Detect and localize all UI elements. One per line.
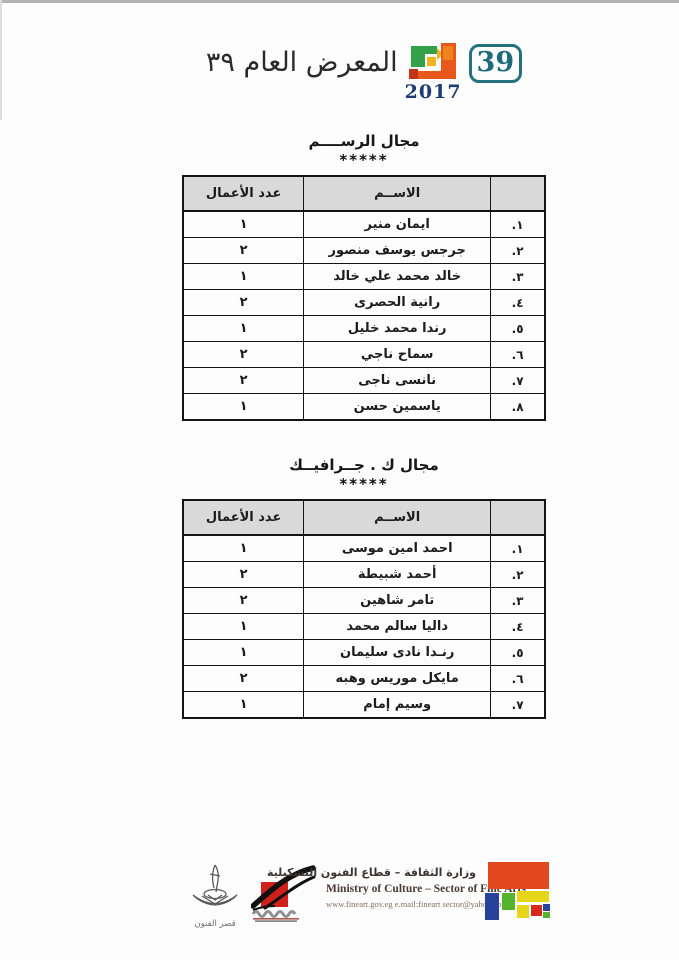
scanned-document: { "header": { "title": "المعرض العام ٣٩"… (0, 0, 679, 960)
works-count: ٢ (183, 368, 304, 394)
row-index: .١ (512, 218, 524, 232)
works-count: ٢ (183, 666, 304, 692)
row-index: .٧ (512, 698, 524, 712)
works-count: ١ (183, 614, 304, 640)
row-index: .٣ (512, 270, 524, 284)
row-index: .٥ (512, 322, 524, 336)
works-count: ١ (183, 264, 304, 290)
scan-edge-left (0, 0, 2, 120)
artist-name: نانسى ناجى (304, 368, 491, 394)
palace-of-arts-icon (188, 862, 242, 918)
table-row: .٣خالد محمد علي خالد١ (183, 264, 545, 290)
table-row: .٢جرجس يوسف منصور٢ (183, 238, 545, 264)
table-row: .١احمد امين موسى١ (183, 535, 545, 562)
palace-of-arts-logo: قصر الفنون (188, 862, 242, 929)
page-title: المعرض العام ٣٩ (206, 48, 398, 78)
footer-contact-line: www.fineart.gov.eg e.mail:fineart sector… (326, 899, 476, 909)
works-count: ١ (183, 535, 304, 562)
palace-of-arts-caption: قصر الفنون (188, 919, 242, 929)
col-header-name: الاســم (304, 176, 491, 211)
artist-name: احمد امين موسى (304, 535, 491, 562)
footer-text-block: وزارة الثقافة – قطاع الفنون التشكيلية Mi… (326, 866, 476, 909)
row-index: .٧ (512, 374, 524, 388)
row-index: .٢ (512, 568, 524, 582)
artist-name: رندا محمد خليل (304, 316, 491, 342)
col-header-works: عدد الأعمال (183, 500, 304, 535)
artist-name: مايكل موريس وهبه (304, 666, 491, 692)
works-count: ٢ (183, 562, 304, 588)
fine-arts-sector-logo (485, 862, 551, 920)
table-row: .٥رندا محمد خليل١ (183, 316, 545, 342)
row-index: .٥ (512, 646, 524, 660)
artist-name: رنـدا نادى سليمان (304, 640, 491, 666)
col-header-index (491, 500, 545, 535)
artist-name: وسيم إمام (304, 692, 491, 719)
row-index: .٦ (512, 672, 524, 686)
ministry-name-arabic: وزارة الثقافة – قطاع الفنون التشكيلية (326, 866, 476, 880)
artist-name: خالد محمد علي خالد (304, 264, 491, 290)
badge-39: 39 (469, 44, 523, 83)
table-row: .٢أحمد شبيطة٢ (183, 562, 545, 588)
works-count: ١ (183, 394, 304, 421)
table-row: .٧نانسى ناجى٢ (183, 368, 545, 394)
table-row: .٦سماح ناجي٢ (183, 342, 545, 368)
section-stars: ***** (182, 153, 546, 168)
artist-name: سماح ناجي (304, 342, 491, 368)
artist-name: ياسمين حسن (304, 394, 491, 421)
artist-name: جرجس يوسف منصور (304, 238, 491, 264)
works-count: ١ (183, 640, 304, 666)
works-count: ٢ (183, 342, 304, 368)
works-count: ١ (183, 692, 304, 719)
row-index: .٨ (512, 400, 524, 414)
artist-name: أحمد شبيطة (304, 562, 491, 588)
row-index: .٦ (512, 348, 524, 362)
row-index: .٤ (512, 296, 524, 310)
works-count: ١ (183, 316, 304, 342)
table-row: .٥رنـدا نادى سليمان١ (183, 640, 545, 666)
ministry-name-english: Ministry of Culture – Sector of Fine Art… (326, 883, 476, 895)
table-row: .٧وسيم إمام١ (183, 692, 545, 719)
col-header-index (491, 176, 545, 211)
table-row: .٤داليا سالم محمد١ (183, 614, 545, 640)
exhibition-logo: 2017 (405, 40, 462, 102)
table-row: .١ايمان منير١ (183, 211, 545, 238)
works-count: ٢ (183, 290, 304, 316)
table-header-row: الاســم عدد الأعمال (183, 500, 545, 535)
logo-year: 2017 (405, 83, 462, 102)
row-index: .٤ (512, 620, 524, 634)
section-title-drawing: مجال الرســــم (182, 132, 546, 150)
col-header-name: الاســم (304, 500, 491, 535)
row-index: .٢ (512, 244, 524, 258)
works-count: ٢ (183, 238, 304, 264)
row-index: .٣ (512, 594, 524, 608)
section-stars: ***** (182, 477, 546, 492)
works-count: ٢ (183, 588, 304, 614)
header: المعرض العام ٣٩ 2017 39 (182, 40, 546, 102)
table-row: .٦مايكل موريس وهبه٢ (183, 666, 545, 692)
section-title-graphic: مجال ك . جــرافيــك (182, 456, 546, 474)
table-row: .٤رانية الحصرى٢ (183, 290, 545, 316)
page-content: المعرض العام ٣٩ 2017 39 مجال الرســــم *… (182, 0, 546, 929)
artist-name: ايمان منير (304, 211, 491, 238)
col-header-works: عدد الأعمال (183, 176, 304, 211)
mosaic-icon (485, 862, 551, 920)
table-header-row: الاســم عدد الأعمال (183, 176, 545, 211)
artist-name: داليا سالم محمد (304, 614, 491, 640)
artist-name: رانية الحصرى (304, 290, 491, 316)
table-row: .٨ياسمين حسن١ (183, 394, 545, 421)
row-index: .١ (512, 542, 524, 556)
graphic-artists-table: الاســم عدد الأعمال .١احمد امين موسى١ .٢… (182, 499, 546, 719)
works-count: ١ (183, 211, 304, 238)
drawing-artists-table: الاســم عدد الأعمال .١ايمان منير١ .٢جرجس… (182, 175, 546, 421)
footer: قصر الفنون وزارة الثقافة – قطاع الفنون ا… (188, 862, 540, 929)
table-row: .٣تامر شاهين٢ (183, 588, 545, 614)
pinwheel-logo-icon (407, 40, 459, 82)
artist-name: تامر شاهين (304, 588, 491, 614)
